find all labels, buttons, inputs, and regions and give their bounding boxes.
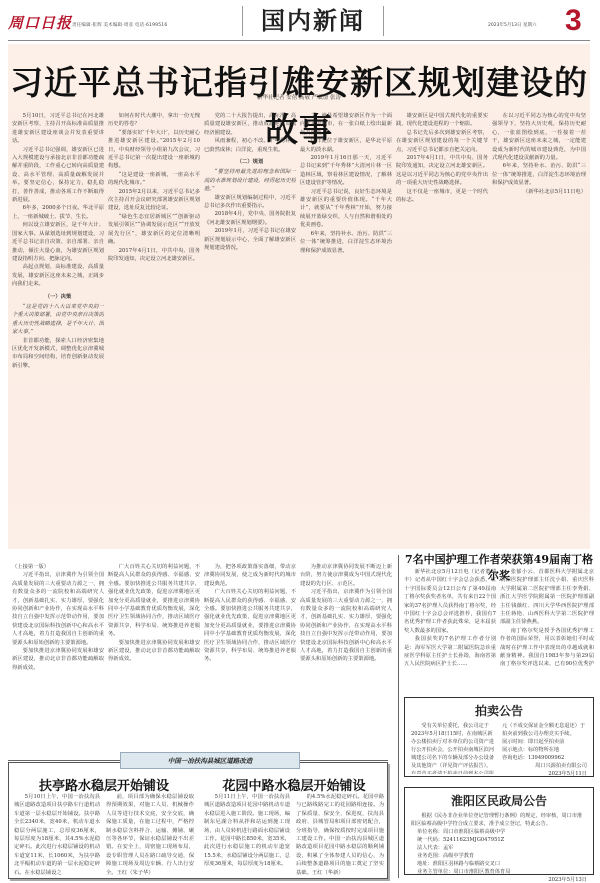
- paragraph: 何以设立雄安新区，是千年大计、国家大事。从谋划选址到规划建设，习近平总书记亲自决…: [12, 221, 104, 263]
- paragraph: 习近平指出，京津冀作为引领全国高质量发展的三大重要动力源之一，拥有数量众多的一流…: [12, 571, 104, 647]
- lead-column-6: 在以习近平同志为核心的党中央坚强领导下，坚持大历史观，保持历史耐心，一张蓝图绘到…: [492, 112, 586, 544]
- continued-label: （上接第一版）: [12, 563, 104, 571]
- newspaper-logo: 周口日报: [8, 12, 72, 33]
- paragraph: 广大百姓关心关切的利益问题，不断提高人民群众的获得感、幸福感、安全感。要加快推进…: [204, 588, 296, 664]
- paragraph: 2017年4月1日，中共中央、国务院印发通知，决定设立河北雄安新区。: [108, 247, 200, 264]
- paragraph: “这是建设一座新城，一座高水平的现代化城市。”: [108, 171, 200, 188]
- paragraph: “要落实好‘千年大计’，以历史耐心推进雄安新区建设。”2015年2月10日，中央…: [108, 129, 200, 171]
- paragraph: 为推动京津冀协同发展不断迈上新台阶，努力使京津冀成为中国式现代化建设的先行区、示…: [300, 563, 392, 588]
- contact-phone: 咨询电话：13949009962: [502, 754, 587, 762]
- lead-column-4: 之，就是希望雄安新区作为一个面向未来的城市，在一张白纸上绘出最新最美图画。 白洋…: [300, 112, 392, 544]
- nursing-column-1: 新华社北京5月12日电（记者董瑞丰）记者从中国红十字会总会获悉，红十字国际委员会…: [404, 568, 496, 666]
- lead-column-2: 如何在时代大潮中，拿出一份无愧历史的答卷？ “要落实好‘千年大计’，以历史耐心推…: [108, 112, 200, 544]
- paragraph: 元（不成交保证金全额无息退还）于拍卖前到我公司办理竞买手续。: [502, 722, 587, 738]
- section-title: 国内新闻: [242, 6, 384, 36]
- editors-line: 责任编辑·崔辉 美术编辑·周彦 电话·6199516: [72, 22, 167, 28]
- page-number: 3: [565, 4, 582, 38]
- road-story-2-column-2: 的4.5%水泥稳定碎石。花园中路与已路线路完工的花园路相连接。为了保质量、保安全…: [296, 793, 384, 875]
- paragraph: 如何在时代大潮中，拿出一份无愧历史的答卷？: [108, 112, 200, 129]
- paragraph: 要加快推进京津冀协同发展和雄安新区建设，推动北京非首都功能疏解取得新成效。: [12, 647, 104, 672]
- paragraph: 这不仅是一座城市，更是一个时代的标志。: [396, 188, 488, 205]
- road-story-1-column-2: 前，项目部为确保水稳层铺设取得预期效果，对施工人员、机械操作人员等进行技术交底，…: [106, 793, 194, 875]
- paragraph: 5月11日上午，中国一冶扶沟县城区道路改造项目花园中路机动车道水稳层进入施工阶段…: [204, 793, 290, 869]
- paragraph: 张郁小云、首都医科大学附属北京朝阳医院护理部主任沈小娟、重庆医科大学附属第二医院…: [500, 568, 594, 627]
- paragraph: 要加快推进京津冀协同发展和雄安新区建设，推动北京非首都功能疏解取得新成效。: [108, 639, 200, 664]
- paragraph: 为，把各项政策落实落细，带动京津冀协同发展，使之成为新时代的城市建设典范。: [204, 563, 296, 588]
- exhibit-place: 展示地点：标的物所在地: [502, 746, 587, 754]
- masthead: 周口日报 责任编辑·崔辉 美术编辑·周彦 电话·6199516 国内新闻 202…: [0, 0, 600, 42]
- lead-column-3: 党的二十大报告提出，高标准、高质量建设雄安新区，推动成渝地区双城经济圈建设。 风…: [204, 112, 296, 544]
- business-scope: 业务范围：高级中学教育: [411, 852, 587, 860]
- paragraph: 6年来，坚持补水、治污、防洪“三位一体”统筹推进，白洋淀生态环境治理和保护成效显…: [300, 230, 392, 255]
- exhibit-time: 展示时间：即日起至拍卖前: [502, 738, 587, 746]
- paragraph: 南丁格尔奖是授予各国优秀护理工作者的国际荣誉，用以表彰她们平时或战时在护理工作中…: [500, 627, 594, 666]
- paragraph: 雄安新区是中国式现代化的重要实践，现代化建设进程的一个缩影。: [396, 112, 488, 129]
- header-rule: [8, 40, 590, 41]
- notice-signature: 周口兴源拍卖有限公司: [502, 762, 587, 770]
- paragraph: 党的二十大报告提出，高标准、高质量建设雄安新区，推动成渝地区双城经济圈建设。: [204, 112, 296, 137]
- paragraph: 2017年4月1日，中共中央、国务院印发通知，决定设立河北雄安新区。这是以习近平…: [396, 154, 488, 188]
- paragraph: 6年来，坚持补水、治污、防洪“三位一体”统筹推进，白洋淀生态环境治理和保护成效显…: [492, 162, 586, 187]
- column-divider: [398, 555, 399, 878]
- unit-name: 单位名称：周口市淮阳区临蔡高级中学: [411, 828, 587, 836]
- auction-notice-title: 拍卖公告: [411, 702, 587, 719]
- paragraph: 白洋淀位于雄安新区，是华北平原最大的淡水湖。: [300, 137, 392, 154]
- road-story-2-headline: 花园中路水稳层开始铺设: [204, 775, 384, 794]
- paragraph: 雄安新区规划编制过程中，习近平总书记多次作出重要指示。: [204, 194, 296, 211]
- supervising-unit: 业务主管单位：周口市淮阳区教育体育局: [411, 868, 587, 876]
- paragraph: 高起点规划、高标准建设、高质量发展，雄安新区这座未来之城，正阔步向我们走来。: [12, 263, 104, 288]
- civil-affairs-notice: 淮阳区民政局公告 根据《民办非企业单位登记管理暂行条例》的规定，经审核，周口市淮…: [404, 787, 594, 875]
- paragraph: “绿色生态宜居新城区”“创新驱动发展引领区”“协调发展示范区”“开放发展先行区”…: [108, 213, 200, 247]
- legal-representative: 法人代表：孟军: [411, 844, 587, 852]
- paragraph: 的4.5%水泥稳定碎石。花园中路与已路线路完工的花园路相连接。为了保质量、保安全…: [296, 793, 384, 875]
- road-feature-banner: 中国一冶扶沟县城区道路改造: [120, 752, 300, 769]
- continued-column-1: （上接第一版） 习近平指出，京津冀作为引领全国高质量发展的三大重要动力源之一，拥…: [12, 563, 104, 748]
- paragraph: 习近平总书记说，良好生态环境是雄安新区的重要价值体现。“千年大计”，就要从“千年…: [300, 188, 392, 230]
- issue-date: 2023年5月13日 星期六: [488, 22, 536, 28]
- notice-date: 2023年5月13日: [411, 876, 587, 883]
- road-story-2-column-1: 5月11日上午，中国一冶扶沟县城区道路改造项目花园中路机动车道水稳层进入施工阶段…: [204, 793, 290, 875]
- auction-notice-details: 元（不成交保证金全额无息退还）于拍卖前到我公司办理竞买手续。 展示时间：即日起至…: [502, 722, 587, 778]
- paragraph: 风雨兼程，初心不改。千年秀林，已蔚然成林；白洋淀，重现生机。: [204, 137, 296, 154]
- lead-column-1: 5月10日，习近平总书记在河北雄安新区考察，主持召开高标准高质量推进雄安新区建设…: [12, 112, 104, 544]
- paragraph: 非首都功能，探索人口经济密集地区优化开发新模式，调整优化京津冀城市布局和空间结构…: [12, 337, 104, 371]
- road-story-1-column-1: 5月10日上午，中国一冶扶沟县城区道路改造项目扶亭路车行道机动车道第一层水稳层开…: [14, 793, 100, 875]
- continued-column-4: 为推动京津冀协同发展不断迈上新台阶，努力使京津冀成为中国式现代化建设的先行区、示…: [300, 563, 392, 748]
- paragraph: 我国获奖的7名护理工作者分别是：海军军医大学第二附属医院急诊重症医学科原主任护士…: [404, 635, 496, 666]
- subsection-heading: （一）决策: [12, 293, 104, 301]
- credit-code: 统一代码：52411623MJG047951Z: [411, 836, 587, 844]
- paragraph: 5月10日上午，中国一冶扶沟县城区道路改造项目扶亭路车行道机动车道第一层水稳层开…: [14, 793, 100, 875]
- paragraph: 习近平总书记强调，雄安新区已进入大规模建设与承接北京非首都功能疏解并重阶段，工作…: [12, 146, 104, 205]
- lead-byline: 新华社记者 安蓓 高敬 严赋憬 张涛: [8, 93, 590, 101]
- auction-notice-body: 受有关单位委托，我公司定于2023年5月18日15时，在南城区新办公楼拍卖厅对本…: [411, 722, 496, 774]
- civil-affairs-notice-title: 淮阳区民政局公告: [411, 792, 587, 809]
- address: 地址：淮阳区羽林路与临蔡路交叉口: [411, 860, 587, 868]
- paragraph: 2018年4月，党中央、国务院批复《河北雄安新区规划纲要》。: [204, 210, 296, 227]
- paragraph: 新华社北京5月12日电（记者董瑞丰）记者从中国红十字会总会获悉，红十字国际委员会…: [404, 568, 496, 635]
- paragraph: 习近平指出，京津冀作为引领全国高质量发展的三大重要动力源之一，拥有数量众多的一流…: [300, 588, 392, 664]
- paragraph: 之，就是希望雄安新区作为一个面向未来的城市，在一张白纸上绘出最新最美图画。: [300, 112, 392, 137]
- notice-date: 2023年5月11日: [502, 770, 587, 778]
- paragraph: 总书记先后多次到雄安新区考察，在雄安新区规划建设的每一个关键节点，习近平总书记都…: [396, 129, 488, 154]
- paragraph: 2019年1月，习近平总书记在雄安新区规划展示中心，全面了解雄安新区规划建设情况…: [204, 227, 296, 252]
- paragraph: 根据《民办非企业单位登记管理暂行条例》的规定，经审核，周口市淮阳区临蔡高级中学符…: [411, 812, 587, 828]
- pull-quote: “要坚持用最先进的理念和国际一流的水准规划设计建设，经得起历史检验。”: [204, 168, 296, 193]
- civil-affairs-notice-body: 根据《民办非企业单位登记管理暂行条例》的规定，经审核，周口市淮阳区临蔡高级中学符…: [411, 812, 587, 883]
- continued-column-2: 广大百姓关心关切的利益问题，不断提高人民群众的获得感、幸福感、安全感。要加快推进…: [108, 563, 200, 748]
- pull-quote: “这是党的十八大以来党中央的一个重大决策部署，由党中央亲自决策的重大历史性战略选…: [12, 303, 104, 337]
- dateline-source: （新华社北京5月11日电）: [492, 188, 586, 196]
- road-story-1-headline: 扶亭路水稳层开始铺设: [14, 775, 194, 794]
- lead-column-5: 雄安新区是中国式现代化的重要实践，现代化建设进程的一个缩影。 总书记先后多次到雄…: [396, 112, 488, 544]
- auction-notice: 拍卖公告 受有关单位委托，我公司定于2023年5月18日15时，在南城区新办公楼…: [404, 697, 594, 777]
- paragraph: 在以习近平同志为核心的党中央坚强领导下，坚持大历史观，保持历史耐心，一张蓝图绘到…: [492, 112, 586, 162]
- continued-column-3: 为，把各项政策落实落细，带动京津冀协同发展，使之成为新时代的城市建设典范。 广大…: [204, 563, 296, 748]
- subsection-heading: （二）规划: [204, 158, 296, 166]
- nursing-column-2: 张郁小云、首都医科大学附属北京朝阳医院护理部主任沈小娟、重庆医科大学附属第二医院…: [500, 568, 594, 666]
- paragraph: 2015年2月以来，习近平总书记多次主持召开会议研究部署雄安新区规划建设，选址反…: [108, 188, 200, 213]
- paragraph: 6年多，2000多个日夜。华北平原上，一座新城破土、拔节、生长。: [12, 204, 104, 221]
- paragraph: 5月10日，习近平总书记在河北雄安新区考察，主持召开高标准高质量推进雄安新区建设…: [12, 112, 104, 146]
- paragraph: 2019年1月16日那一天，习近平总书记来到“千年秀林”大清河片林一区造林区域，…: [300, 154, 392, 188]
- paragraph: 前，项目部为确保水稳层铺设取得预期效果，对施工人员、机械操作人员等进行技术交底，…: [106, 793, 194, 875]
- paragraph: 广大百姓关心关切的利益问题，不断提高人民群众的获得感、幸福感、安全感。要加快推进…: [108, 563, 200, 639]
